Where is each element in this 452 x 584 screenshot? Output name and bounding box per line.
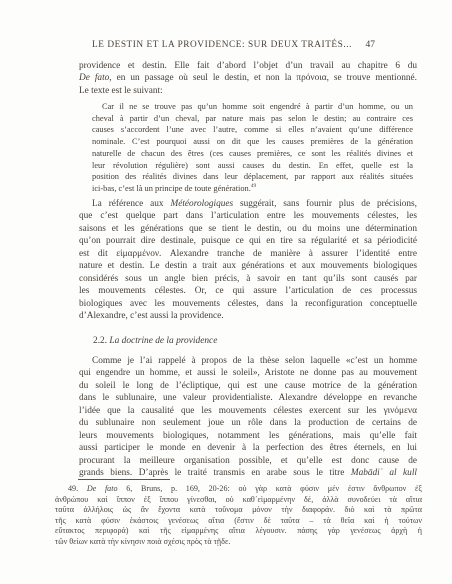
text-line: cheval à partir d’un cheval, par nature … (92, 113, 413, 125)
text-line: ἀνθρώπου καὶ ἵππον ἐξ ἵππου γίνεσθαι, οὐ… (55, 495, 422, 506)
text-line: Car il ne se trouve pas qu’un homme soit… (92, 101, 413, 113)
block-quote: Car il ne se trouve pas qu’un homme soit… (92, 101, 413, 195)
text-line: causes s’accordent l’une avec l’autre, c… (92, 124, 413, 136)
section-heading: 2.2. La doctrine de la providence (93, 336, 413, 346)
text-line: grands biens. D’après le traité transmis… (79, 467, 417, 479)
text-line: De fato, en un passage où seul le destin… (79, 72, 417, 84)
text-line: du sublunaire non seulement joue un rôle… (79, 417, 417, 429)
text-line: La référence aux Météorologiques suggéra… (79, 198, 417, 210)
footnote: 49. De fato 6, Bruns, p. 169, 20-26: οὐ … (55, 484, 422, 547)
text-line: nature et destin. Le destin a trait aux … (79, 260, 417, 272)
text-line: les mouvements célestes. Or, ce qui assu… (79, 285, 417, 297)
running-head-title: LE DESTIN ET LA PROVIDENCE: SUR DEUX TRA… (79, 40, 365, 50)
text-line: ici-bas, c’est là un principe de toute g… (92, 183, 413, 195)
text-line: d’Alexandre, c’est aussi la providence. (79, 310, 417, 322)
text-line: Le texte est le suivant: (79, 85, 417, 97)
text-line: Comme je l’ai rappelé à propos de la thè… (79, 355, 417, 367)
text-line: leurs mouvements biologiques, notamment … (79, 430, 417, 442)
text-line: biologiques avec les mouvements célestes… (79, 298, 417, 310)
text-line: dans le sublunaire, une valeur provident… (79, 392, 417, 404)
text-line: considérés sous un angle bien précis, à … (79, 273, 417, 285)
text-line: du soleil le long de l’écliptique, qui e… (79, 380, 417, 392)
text-line: position des réalités divines dans leur … (92, 171, 413, 183)
text-line: εὔτακτος περιφορά) καὶ τῆς εἱμαρμένης αἴ… (55, 526, 422, 537)
body-paragraph-continuation: providence et destin. Elle fait d’abord … (79, 60, 417, 97)
text-line: qu’on pourrait dire destinale, puisque c… (79, 235, 417, 247)
text-line: τῆς κατὰ φύσιν ἑκάστοις γενέσεως αἴτια (… (55, 516, 422, 527)
text-line: aussi participer le monde en devenir à l… (79, 442, 417, 454)
page-header: LE DESTIN ET LA PROVIDENCE: SUR DEUX TRA… (79, 40, 417, 54)
text-line: nominale. C’est pourquoi aussi on dit qu… (92, 136, 413, 148)
text-line: naturelle de chacun des êtres (ces cause… (92, 148, 413, 160)
text-line: est dit εἱμαρμένον. Alexandre tranche de… (79, 248, 417, 260)
text-line: qui engendre un homme, et aussi le solei… (79, 367, 417, 379)
footnote-separator-rule (78, 479, 170, 480)
text-line: l’idée que la causalité que les mouvemen… (79, 405, 417, 417)
text-line: procurant la meilleure organisation poss… (79, 455, 417, 467)
text-line: ταῦτα ἀλλήλοις ὡς ἂν ἔχοντα κατὰ τοὔνομα… (55, 505, 422, 516)
text-line: providence et destin. Elle fait d’abord … (79, 60, 417, 72)
text-line: 49. De fato 6, Bruns, p. 169, 20-26: οὐ … (55, 484, 422, 495)
text-line: leur révolution régulière) sont aussi ca… (92, 160, 413, 172)
body-paragraph-reference: La référence aux Météorologiques suggéra… (79, 198, 417, 323)
page-number: 47 (366, 40, 376, 50)
book-page: LE DESTIN ET LA PROVIDENCE: SUR DEUX TRA… (0, 0, 452, 584)
body-paragraph-providence: Comme je l’ai rappelé à propos de la thè… (79, 355, 417, 480)
text-line: τῶν θείων κατὰ τὴν κίνησιν ποιὰ σχέσις π… (55, 537, 422, 548)
text-line: que c’est quelque part dans l’articulati… (79, 210, 417, 222)
text-line: 2.2. La doctrine de la providence (93, 336, 413, 346)
text-line: saisons et les générations que se tient … (79, 223, 417, 235)
